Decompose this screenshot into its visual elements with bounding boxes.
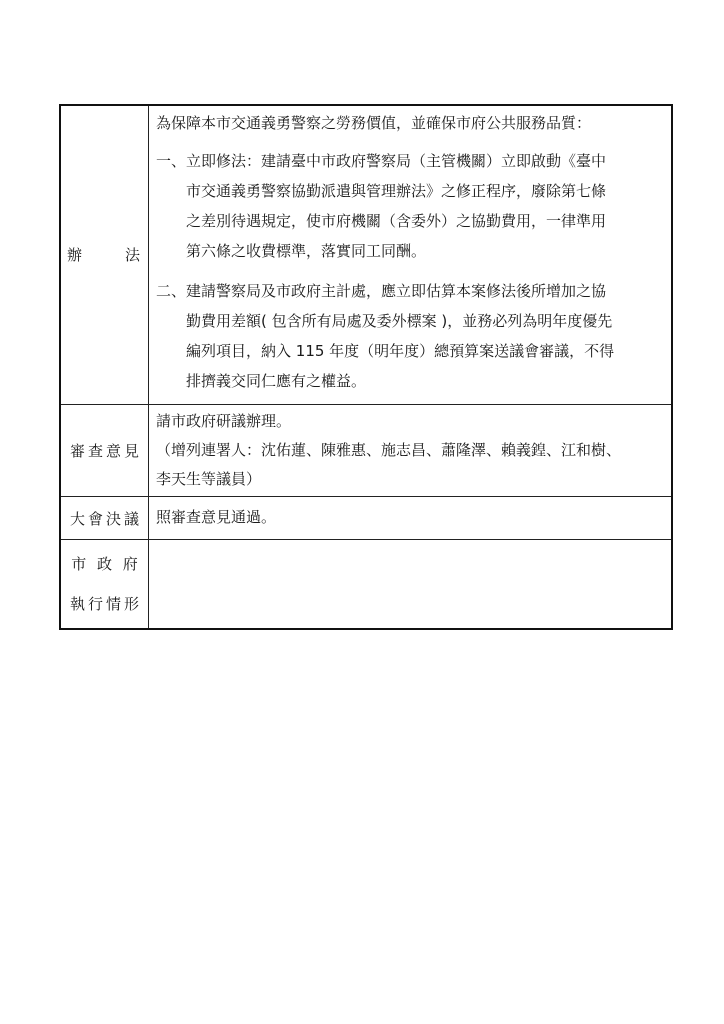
- item-line: 編列項目，納入 115 年度（明年度）總預算案送議會審議，不得: [186, 336, 665, 366]
- content-assembly-resolution: 照審查意見通過。: [149, 497, 671, 539]
- content-review-opinion: 請市政府研議辦理。 （增列連署人：沈佑蓮、陳雅惠、施志昌、蕭隆澤、賴義鍠、江和樹…: [149, 405, 671, 496]
- row-assembly-resolution: 大會決議 照審查意見通過。: [61, 496, 671, 539]
- method-intro: 為保障本市交通義勇警察之勞務價值，並確保市府公共服務品質：: [156, 108, 665, 138]
- row-review-opinion: 審查意見 請市政府研議辦理。 （增列連署人：沈佑蓮、陳雅惠、施志昌、蕭隆澤、賴義…: [61, 404, 671, 496]
- review-line: 李天生等議員）: [156, 465, 665, 494]
- method-item-1: 一、 立即修法：建請臺中市政府警察局（主管機關）立即啟動《臺中 市交通義勇警察協…: [156, 146, 665, 266]
- label-method: 辦 法: [61, 106, 149, 404]
- label-review-opinion: 審查意見: [61, 405, 149, 496]
- label-text: 審查意見: [70, 440, 142, 461]
- row-city-gov-execution: 市 政 府 執行情形: [61, 539, 671, 628]
- content-city-gov-execution: [149, 540, 671, 628]
- label-text: 大會決議: [70, 508, 142, 529]
- item-line: 排擠義交同仁應有之權益。: [186, 366, 665, 396]
- label-line: 執行情形: [70, 584, 142, 624]
- label-assembly-resolution: 大會決議: [61, 497, 149, 539]
- method-item-2: 二、 建請警察局及市政府主計處，應立即估算本案修法後所增加之協 勤費用差額( 包…: [156, 276, 665, 396]
- label-city-gov-execution: 市 政 府 執行情形: [61, 540, 149, 628]
- item-line: 建請警察局及市政府主計處，應立即估算本案修法後所增加之協: [186, 276, 665, 306]
- item-number: 一、: [156, 146, 186, 266]
- label-line: 市 政 府: [71, 544, 141, 584]
- item-line: 之差別待遇規定，使市府機關（含委外）之協勤費用，一律準用: [186, 206, 665, 236]
- item-line: 立即修法：建請臺中市政府警察局（主管機關）立即啟動《臺中: [186, 146, 665, 176]
- item-line: 第六條之收費標準，落實同工同酬。: [186, 236, 665, 266]
- label-method-char-1: 辦: [67, 244, 82, 265]
- content-method: 為保障本市交通義勇警察之勞務價值，並確保市府公共服務品質： 一、 立即修法：建請…: [149, 106, 671, 404]
- proposal-table: 辦 法 為保障本市交通義勇警察之勞務價值，並確保市府公共服務品質： 一、 立即修…: [59, 104, 673, 630]
- row-method: 辦 法 為保障本市交通義勇警察之勞務價值，並確保市府公共服務品質： 一、 立即修…: [61, 106, 671, 404]
- item-line: 市交通義勇警察協勤派遣與管理辦法》之修正程序，廢除第七條: [186, 176, 665, 206]
- review-line: （增列連署人：沈佑蓮、陳雅惠、施志昌、蕭隆澤、賴義鍠、江和樹、: [156, 436, 665, 465]
- item-number: 二、: [156, 276, 186, 396]
- label-method-char-2: 法: [125, 244, 140, 265]
- review-line: 請市政府研議辦理。: [156, 407, 665, 436]
- item-line: 勤費用差額( 包含所有局處及委外標案 )，並務必列為明年度優先: [186, 306, 665, 336]
